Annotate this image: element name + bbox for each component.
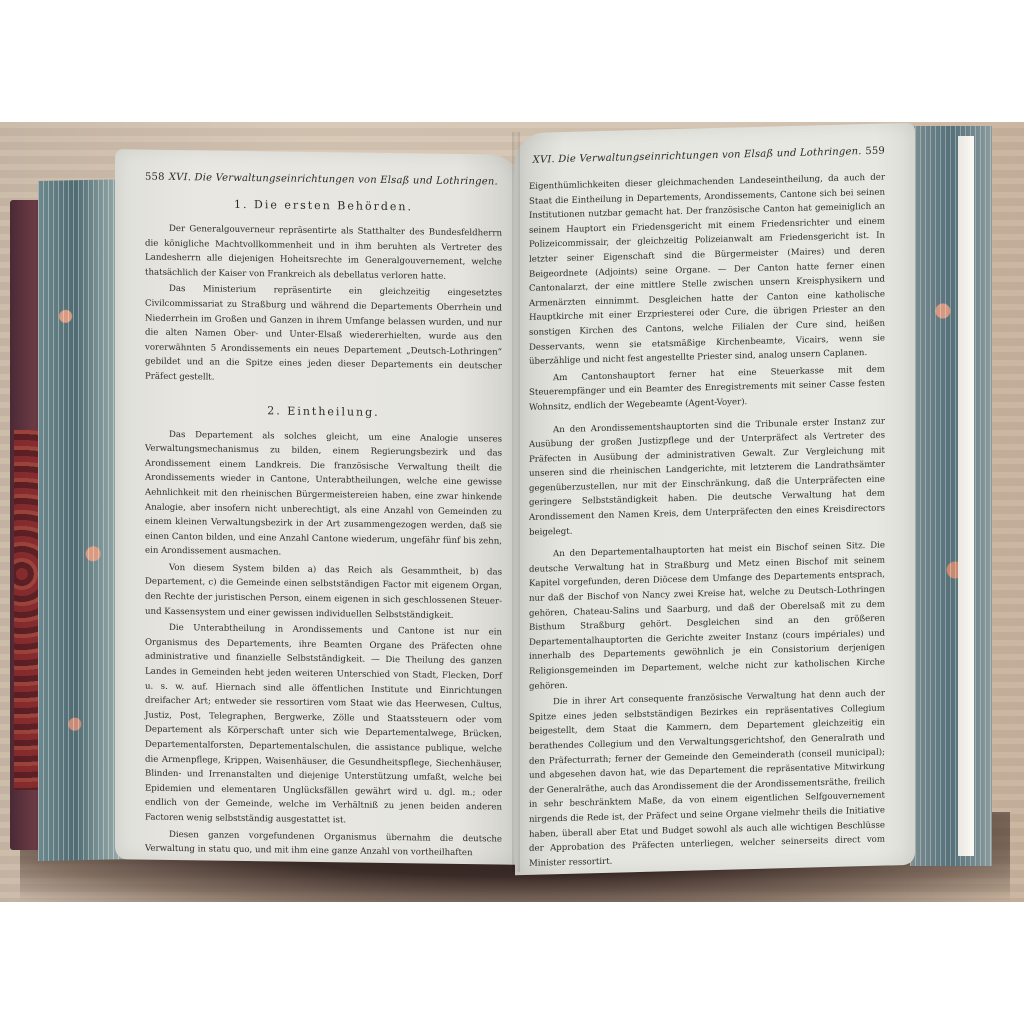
right-page: XVI. Die Verwaltungseinrichtungen von El… — [515, 123, 915, 875]
running-head-right: XVI. Die Verwaltungseinrichtungen von El… — [529, 146, 885, 166]
marbled-page-edge-right — [910, 126, 992, 866]
running-head-title: XVI. Die Verwaltungseinrichtungen von El… — [165, 172, 502, 188]
running-head-title: XVI. Die Verwaltungseinrichtungen von El… — [529, 146, 865, 166]
page-number: 559 — [865, 146, 885, 158]
book-photo: 558 XVI. Die Verwaltungseinrichtungen vo… — [0, 122, 1024, 902]
paragraph: Diesen ganzen vorgefundenen Organismus ü… — [145, 827, 502, 861]
running-head-left: 558 XVI. Die Verwaltungseinrichtungen vo… — [145, 172, 502, 188]
paragraph: An den Arondissementshauptorten sind die… — [529, 414, 885, 540]
paragraph: Die in ihrer Art consequente französisch… — [529, 687, 885, 871]
page-number: 558 — [145, 172, 165, 183]
paragraph: Eigenthümlichkeiten dieser gleichmachend… — [529, 171, 885, 370]
paragraph: Das Departement als solches gleicht, um … — [145, 427, 502, 563]
paragraph: Der Generalgouverneur repräsentirte als … — [145, 222, 502, 285]
cover-board-right — [958, 136, 974, 856]
book-gutter — [512, 132, 520, 872]
paragraph: An den Departementalhauptorten hat meist… — [529, 539, 885, 694]
section-heading: 1. Die ersten Behörden. — [145, 197, 502, 215]
paragraph: Das Ministerium repräsentirte ein gleich… — [145, 282, 502, 389]
paragraph: Von diesem System bilden a) das Reich al… — [145, 560, 502, 623]
paragraph: Am Cantonshauptort ferner hat eine Steue… — [529, 362, 885, 415]
section-heading: 2. Eintheilung. — [145, 402, 502, 420]
left-page: 558 XVI. Die Verwaltungseinrichtungen vo… — [115, 149, 520, 865]
marbled-endpaper — [14, 430, 40, 790]
paragraph: Die Unterabtheilung in Arondissements un… — [145, 621, 502, 830]
